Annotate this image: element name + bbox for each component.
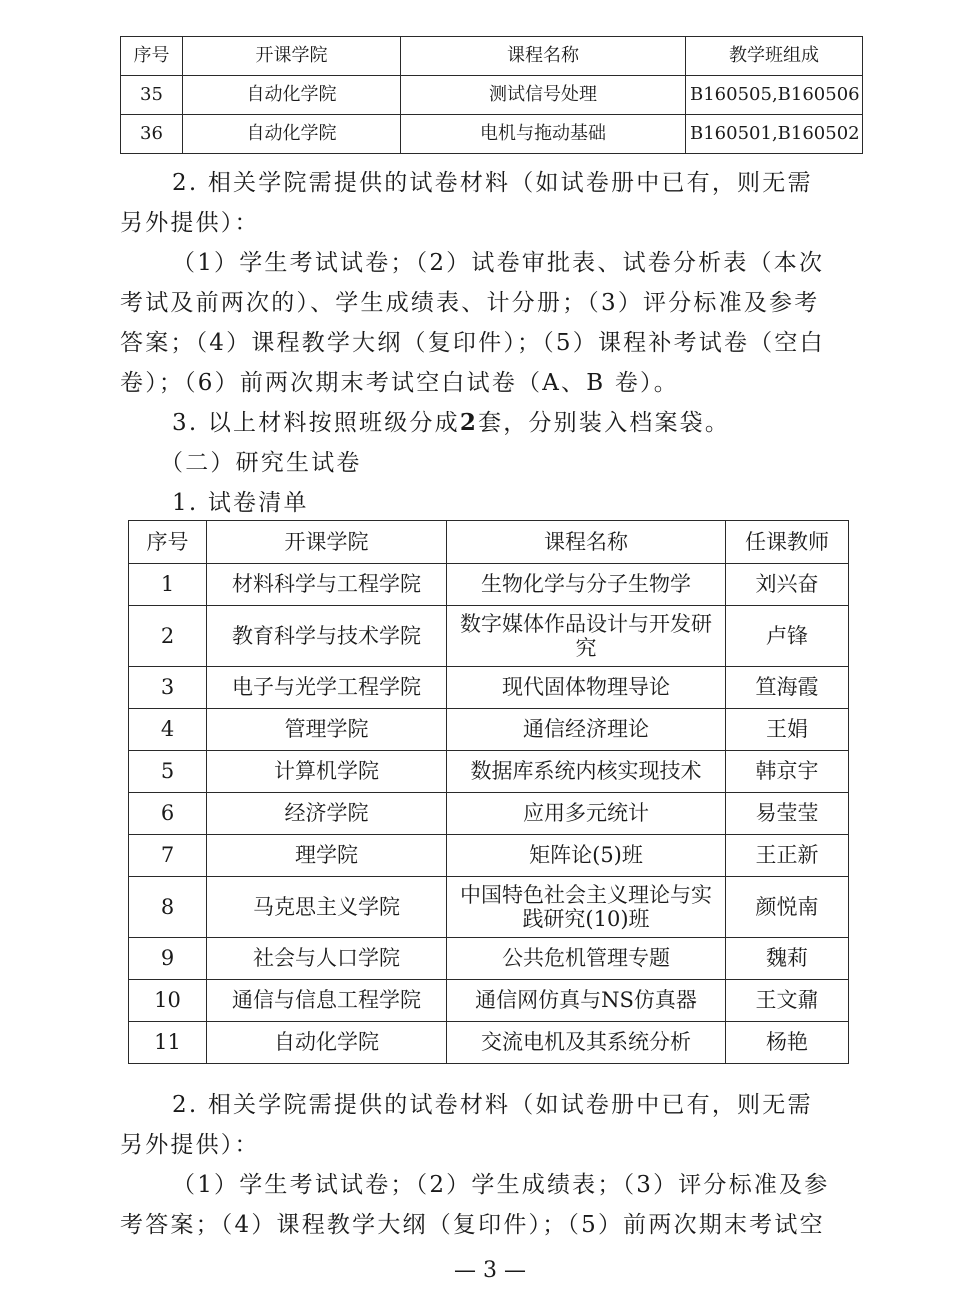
cell-index: 3 [129, 667, 207, 709]
cell-teacher: 颜悦南 [726, 877, 849, 938]
table-header-row: 序号 开课学院 课程名称 教学班组成 [121, 37, 863, 76]
cell-college: 自动化学院 [207, 1022, 447, 1064]
cell-teacher: 王文鼐 [726, 980, 849, 1022]
cell-course: 电机与拖动基础 [401, 115, 686, 154]
undergrad-exam-table-continued: 序号 开课学院 课程名称 教学班组成 35 自动化学院 测试信号处理 B1605… [120, 36, 863, 154]
table-row: 9社会与人口学院公共危机管理专题魏莉 [129, 938, 849, 980]
cell-college: 理学院 [207, 835, 447, 877]
header-index: 序号 [129, 521, 207, 564]
cell-index: 6 [129, 793, 207, 835]
cell-college: 自动化学院 [183, 115, 401, 154]
cell-index: 36 [121, 115, 183, 154]
cell-course: 公共危机管理专题 [447, 938, 726, 980]
header-college: 开课学院 [183, 37, 401, 76]
cell-index: 5 [129, 751, 207, 793]
header-course: 课程名称 [401, 37, 686, 76]
cell-course: 通信经济理论 [447, 709, 726, 751]
header-college: 开课学院 [207, 521, 447, 564]
cell-course: 通信网仿真与NS仿真器 [447, 980, 726, 1022]
cell-index: 11 [129, 1022, 207, 1064]
table-header-row: 序号 开课学院 课程名称 任课教师 [129, 521, 849, 564]
table-row: 1材料科学与工程学院生物化学与分子生物学刘兴奋 [129, 564, 849, 606]
cell-teacher: 杨艳 [726, 1022, 849, 1064]
cell-course: 中国特色社会主义理论与实践研究(10)班 [447, 877, 726, 938]
cell-index: 2 [129, 606, 207, 667]
page-number: — 3 — [0, 1258, 980, 1283]
section-heading: （二）研究生试卷 [120, 443, 860, 483]
cell-college: 自动化学院 [183, 76, 401, 115]
cell-classes: B160505,B160506 [686, 76, 863, 115]
item3-count: 2 [460, 409, 478, 436]
item2-line: 2. 相关学院需提供的试卷材料（如试卷册中已有，则无需 [120, 1085, 860, 1125]
cell-index: 10 [129, 980, 207, 1022]
cell-teacher: 易莹莹 [726, 793, 849, 835]
item3-suffix: 套，分别装入档案袋。 [478, 410, 730, 436]
cell-course: 应用多元统计 [447, 793, 726, 835]
table-row: 4管理学院通信经济理论王娟 [129, 709, 849, 751]
cell-index: 7 [129, 835, 207, 877]
table-row: 7理学院矩阵论(5)班王正新 [129, 835, 849, 877]
table-row: 8马克思主义学院中国特色社会主义理论与实践研究(10)班颜悦南 [129, 877, 849, 938]
item3-prefix: 3. 以上材料按照班级分成 [172, 410, 460, 436]
cell-college: 社会与人口学院 [207, 938, 447, 980]
cell-course: 测试信号处理 [401, 76, 686, 115]
cell-teacher: 韩京宇 [726, 751, 849, 793]
materials-line: （1）学生考试试卷；（2）学生成绩表；（3）评分标准及参 [120, 1165, 860, 1205]
materials-line: （1）学生考试试卷；（2）试卷审批表、试卷分析表（本次 [120, 243, 860, 283]
table-row: 5计算机学院数据库系统内核实现技术韩京宇 [129, 751, 849, 793]
graduate-exam-table: 序号 开课学院 课程名称 任课教师 1材料科学与工程学院生物化学与分子生物学刘兴… [128, 520, 849, 1064]
item2-line: 另外提供）： [120, 203, 860, 243]
cell-classes: B160501,B160502 [686, 115, 863, 154]
cell-college: 经济学院 [207, 793, 447, 835]
cell-index: 4 [129, 709, 207, 751]
cell-teacher: 笪海霞 [726, 667, 849, 709]
materials-line: 答案；（4）课程教学大纲（复印件）；（5）课程补考试卷（空白 [120, 323, 860, 363]
header-course: 课程名称 [447, 521, 726, 564]
cell-index: 1 [129, 564, 207, 606]
header-classes: 教学班组成 [686, 37, 863, 76]
cell-course: 现代固体物理导论 [447, 667, 726, 709]
table-row: 11自动化学院交流电机及其系统分析杨艳 [129, 1022, 849, 1064]
cell-college: 教育科学与技术学院 [207, 606, 447, 667]
cell-course: 数字媒体作品设计与开发研究 [447, 606, 726, 667]
table-row: 2教育科学与技术学院数字媒体作品设计与开发研究卢锋 [129, 606, 849, 667]
table-row: 6经济学院应用多元统计易莹莹 [129, 793, 849, 835]
cell-index: 8 [129, 877, 207, 938]
item2-line: 另外提供）： [120, 1125, 860, 1165]
cell-college: 通信与信息工程学院 [207, 980, 447, 1022]
cell-teacher: 王正新 [726, 835, 849, 877]
cell-index: 35 [121, 76, 183, 115]
cell-teacher: 王娟 [726, 709, 849, 751]
cell-course: 交流电机及其系统分析 [447, 1022, 726, 1064]
cell-course: 生物化学与分子生物学 [447, 564, 726, 606]
header-teacher: 任课教师 [726, 521, 849, 564]
table-row: 3电子与光学工程学院现代固体物理导论笪海霞 [129, 667, 849, 709]
table-row: 10通信与信息工程学院通信网仿真与NS仿真器王文鼐 [129, 980, 849, 1022]
subsection-heading: 1. 试卷清单 [120, 483, 860, 523]
table-row: 36 自动化学院 电机与拖动基础 B160501,B160502 [121, 115, 863, 154]
materials-line: 卷）；（6）前两次期末考试空白试卷（A、B 卷）。 [120, 363, 860, 403]
header-index: 序号 [121, 37, 183, 76]
cell-college: 管理学院 [207, 709, 447, 751]
cell-college: 电子与光学工程学院 [207, 667, 447, 709]
cell-college: 马克思主义学院 [207, 877, 447, 938]
cell-college: 材料科学与工程学院 [207, 564, 447, 606]
cell-course: 矩阵论(5)班 [447, 835, 726, 877]
item3-line: 3. 以上材料按照班级分成2套，分别装入档案袋。 [120, 403, 860, 443]
materials-line: 考答案；（4）课程教学大纲（复印件）；（5）前两次期末考试空 [120, 1205, 860, 1245]
cell-teacher: 魏莉 [726, 938, 849, 980]
materials-paragraph-graduate: 2. 相关学院需提供的试卷材料（如试卷册中已有，则无需 另外提供）： （1）学生… [120, 1085, 860, 1245]
item2-line: 2. 相关学院需提供的试卷材料（如试卷册中已有，则无需 [120, 163, 860, 203]
cell-teacher: 卢锋 [726, 606, 849, 667]
cell-course: 数据库系统内核实现技术 [447, 751, 726, 793]
cell-index: 9 [129, 938, 207, 980]
cell-teacher: 刘兴奋 [726, 564, 849, 606]
materials-paragraph-undergrad: 2. 相关学院需提供的试卷材料（如试卷册中已有，则无需 另外提供）： （1）学生… [120, 163, 860, 523]
materials-line: 考试及前两次的）、学生成绩表、计分册；（3）评分标准及参考 [120, 283, 860, 323]
cell-college: 计算机学院 [207, 751, 447, 793]
table-row: 35 自动化学院 测试信号处理 B160505,B160506 [121, 76, 863, 115]
